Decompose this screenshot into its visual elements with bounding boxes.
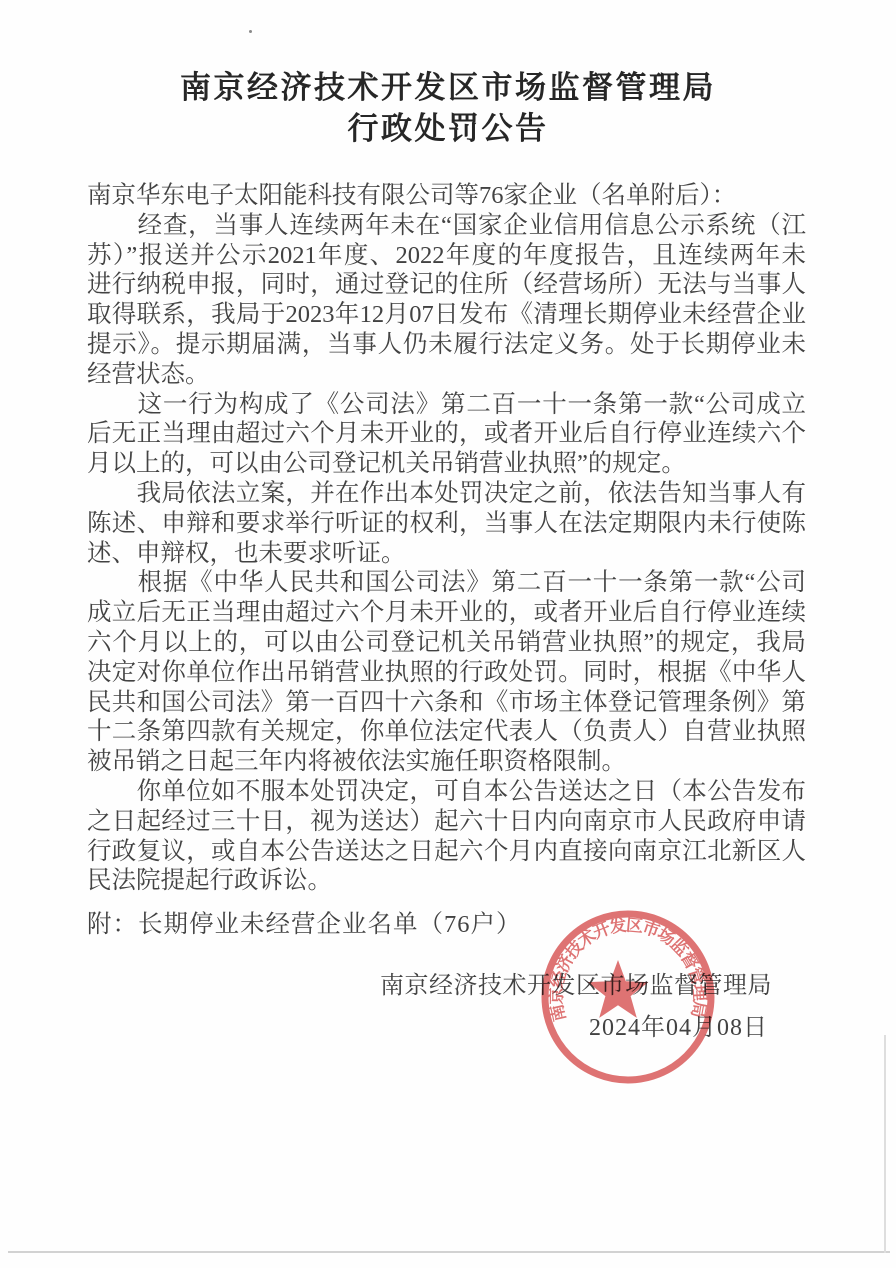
text-line: 之日起经过三十日，视为送达）起六十日内向南京市人民政府申请 <box>87 807 806 837</box>
text-line: 经营状态。 <box>87 360 806 390</box>
text-line: 月以上的，可以由公司登记机关吊销营业执照”的规定。 <box>87 449 806 479</box>
text-line: 南京华东电子太阳能科技有限公司等76家企业（名单附后）： <box>87 181 806 211</box>
text-line: 行政复议，或自本公告送达之日起六个月内直接向南京江北新区人 <box>87 837 806 867</box>
text-line: 你单位如不服本处罚决定，可自本公告送达之日（本公告发布 <box>87 777 806 807</box>
text-line: 我局依法立案，并在作出本处罚决定之前，依法告知当事人有 <box>87 479 806 509</box>
text-line: 六个月以上的，可以由公司登记机关吊销营业执照”的规定，我局 <box>87 628 806 658</box>
document-title-line2: 行政处罚公告 <box>0 109 896 149</box>
text-line: 十二条第四款有关规定，你单位法定代表人（负责人）自营业执照 <box>87 717 806 747</box>
text-line: 民共和国公司法》第一百四十六条和《市场主体登记管理条例》第 <box>87 688 806 718</box>
scan-speck <box>249 30 252 33</box>
text-line: 经查，当事人连续两年未在“国家企业信用信息公示系统（江 <box>87 211 806 241</box>
text-line: 被吊销之日起三年内将被依法实施任职资格限制。 <box>87 747 806 777</box>
document-title-line1: 南京经济技术开发区市场监督管理局 <box>0 68 896 108</box>
scanned-document-page: 南京经济技术开发区市场监督管理局 行政处罚公告 南京华东电子太阳能科技有限公司等… <box>0 0 896 1268</box>
text-line: 述、申辩权，也未要求听证。 <box>87 539 806 569</box>
document-body: 南京华东电子太阳能科技有限公司等76家企业（名单附后）： 经查，当事人连续两年未… <box>87 181 806 896</box>
text-line: 决定对你单位作出吊销营业执照的行政处罚。同时，根据《中华人 <box>87 658 806 688</box>
text-line: 根据《中华人民共和国公司法》第二百一十一条第一款“公司 <box>87 568 806 598</box>
seal-star-icon <box>588 960 649 1018</box>
scan-edge-bottom <box>8 1251 890 1253</box>
text-line: 这一行为构成了《公司法》第二百一十一条第一款“公司成立 <box>87 390 806 420</box>
text-line: 苏）”报送并公示2021年度、2022年度的年度报告，且连续两年未 <box>87 241 806 271</box>
attachment-note: 附：长期停业未经营企业名单（76户） <box>87 910 522 940</box>
scan-edge-right <box>884 1035 886 1253</box>
text-line: 陈述、申辩和要求举行听证的权利，当事人在法定期限内未行使陈 <box>87 509 806 539</box>
text-line: 成立后无正当理由超过六个月未开业的，或者开业后自行停业连续 <box>87 598 806 628</box>
text-line: 提示》。提示期届满，当事人仍未履行法定义务。处于长期停业未 <box>87 330 806 360</box>
text-line: 进行纳税申报，同时，通过登记的住所（经营场所）无法与当事人 <box>87 270 806 300</box>
text-line: 民法院提起行政诉讼。 <box>87 866 806 896</box>
official-red-seal-icon: 南京经济技术开发区市场监督管理局 <box>538 907 718 1087</box>
text-line: 取得联系，我局于2023年12月07日发布《清理长期停业未经营企业 <box>87 300 806 330</box>
text-line: 后无正当理由超过六个月未开业的，或者开业后自行停业连续六个 <box>87 419 806 449</box>
